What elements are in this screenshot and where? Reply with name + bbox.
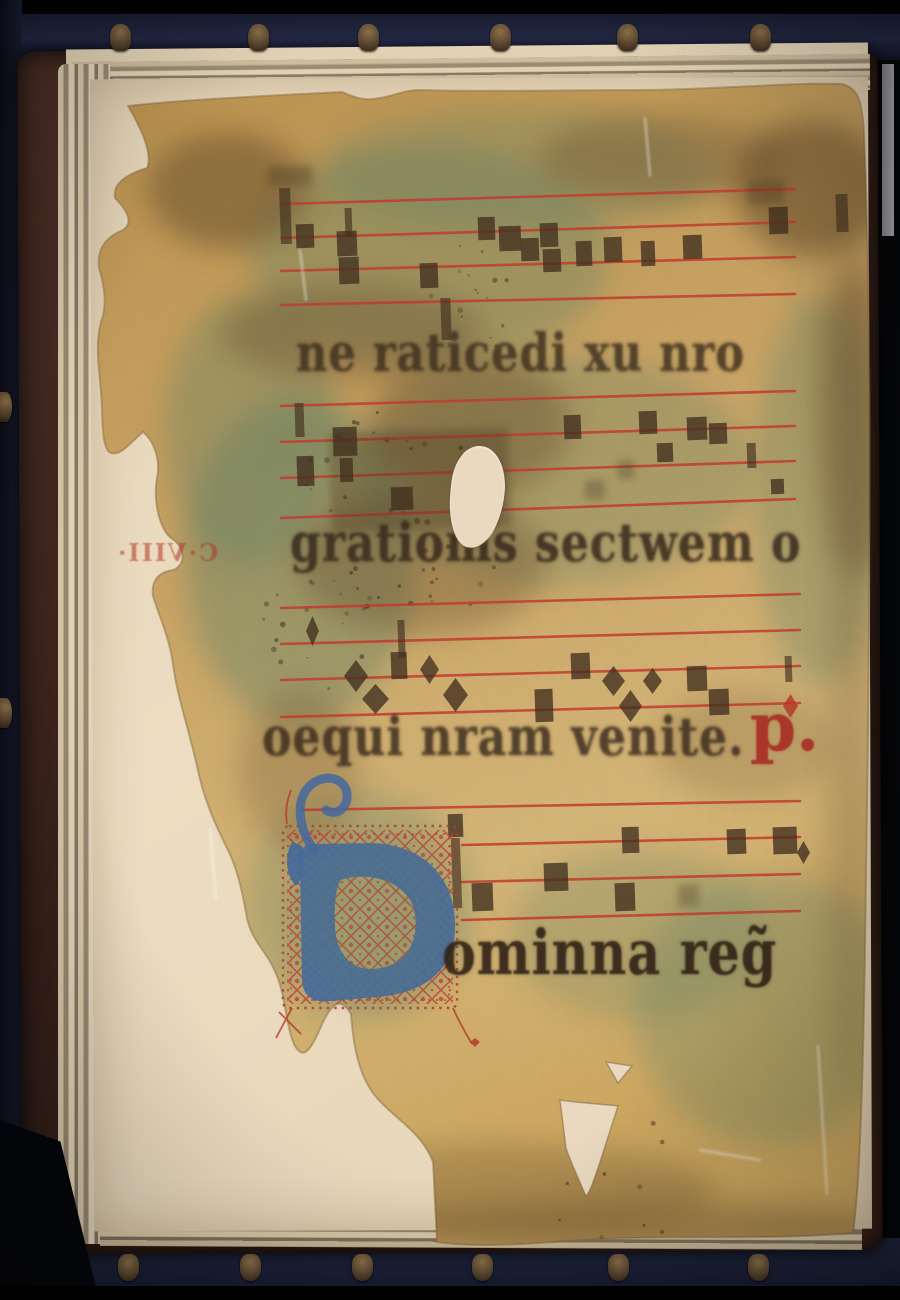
offset-folio-number: C·VIII· <box>116 538 218 567</box>
speckle <box>461 316 463 318</box>
speckle <box>264 601 269 606</box>
speckle <box>274 638 278 642</box>
speckle <box>307 657 309 659</box>
binding-stud <box>608 1254 629 1281</box>
rubric-psalm-mark: p. <box>750 688 819 766</box>
speckle <box>481 250 484 253</box>
neume-square <box>576 241 593 267</box>
neume-square <box>543 249 562 273</box>
neume-square <box>420 263 439 289</box>
speckle <box>467 274 470 277</box>
neume-square <box>521 238 540 262</box>
speckle <box>603 1172 606 1175</box>
speckle <box>356 421 360 425</box>
neume-square <box>639 411 658 435</box>
damaged-parchment-leaf <box>0 0 900 1300</box>
neume-stem <box>294 403 304 437</box>
neume-square <box>296 224 315 249</box>
neume-square <box>769 207 789 235</box>
speckle <box>280 622 286 628</box>
speckle <box>311 581 315 585</box>
speckle <box>637 1184 642 1189</box>
neume-square <box>564 415 582 440</box>
speckle <box>642 1224 645 1227</box>
neume-stem <box>345 208 353 236</box>
neume-stem <box>747 443 757 468</box>
neume-square <box>687 666 708 692</box>
speckle <box>431 600 434 603</box>
speckle <box>475 289 477 291</box>
speckle <box>345 612 349 616</box>
speckle <box>359 654 364 659</box>
speckle <box>327 687 330 690</box>
neume-smudge <box>748 179 785 204</box>
chant-text-line-4: ominna reg̃ <box>442 916 777 989</box>
chant-text-line-1: ne raticedi xu nro <box>296 322 745 384</box>
brown-stain <box>540 116 780 200</box>
binding-stud <box>472 1254 493 1281</box>
binding-stud <box>490 24 511 51</box>
speckle <box>505 278 509 282</box>
neume-square <box>615 883 636 912</box>
speckle <box>339 593 341 595</box>
speckle <box>478 581 484 587</box>
neume-square <box>571 653 591 680</box>
neume-square <box>339 257 360 285</box>
speckle <box>398 584 402 588</box>
neume-square <box>604 237 623 263</box>
speckle <box>458 308 464 314</box>
neume-square <box>391 652 408 680</box>
scratch-mark <box>210 828 216 900</box>
neume-stem <box>279 188 292 244</box>
chant-text-line-3: oequi nram venite. <box>262 706 744 769</box>
neume-square <box>773 827 798 855</box>
speckle <box>310 488 313 491</box>
binding-stud <box>240 1254 261 1281</box>
binding-stud <box>118 1254 139 1281</box>
binding-stud <box>248 24 269 51</box>
speckle <box>558 1219 561 1222</box>
manuscript-photo: ne raticedi xu nro gratioms sectwem o oe… <box>0 0 900 1300</box>
binding-stud <box>0 392 12 422</box>
speckle <box>486 297 488 299</box>
speckle <box>430 580 434 584</box>
neume-square <box>683 235 703 260</box>
speckle <box>660 1140 665 1145</box>
neume-square <box>727 829 747 855</box>
neume-smudge <box>618 460 635 480</box>
neume-square <box>657 443 674 463</box>
speckle <box>377 596 380 599</box>
speckle <box>276 593 279 596</box>
neume-smudge <box>678 884 700 908</box>
speckle <box>352 420 356 424</box>
neume-square <box>622 827 640 854</box>
speckle <box>278 660 283 665</box>
binding-stud <box>617 24 638 51</box>
speckle <box>429 294 434 299</box>
speckle <box>271 647 277 653</box>
neume-stem <box>835 194 848 232</box>
binding-stud <box>352 1254 373 1281</box>
speckle <box>492 278 497 283</box>
initial-stain-overlay <box>290 832 454 1004</box>
binding-stud <box>748 1254 769 1281</box>
speckle <box>342 622 344 624</box>
brown-stain <box>370 1202 890 1254</box>
speckle <box>459 245 461 247</box>
speckle <box>333 580 335 582</box>
speckle <box>356 587 359 590</box>
speckle <box>458 270 462 274</box>
neume-square <box>478 217 496 241</box>
neume-square <box>296 456 314 487</box>
speckle <box>376 411 379 414</box>
neume-stem <box>785 656 793 682</box>
speckle <box>324 457 330 463</box>
neume-smudge <box>268 165 313 187</box>
binding-stud <box>0 698 12 728</box>
neume-square <box>709 423 728 445</box>
speckle <box>367 596 372 601</box>
binding-stud <box>110 24 131 51</box>
neume-square <box>472 883 494 912</box>
brown-stain <box>828 230 868 1090</box>
photo-black-border-bottom <box>0 1286 900 1300</box>
binding-stud <box>750 24 771 51</box>
binding-stud <box>358 24 379 51</box>
speckle <box>651 1121 656 1126</box>
neume-square <box>499 226 522 252</box>
neume-smudge <box>585 480 606 501</box>
neume-square <box>771 479 785 494</box>
speckle <box>628 1244 631 1247</box>
speckle <box>566 1182 569 1185</box>
neume-square <box>641 241 656 266</box>
neume-square <box>687 417 708 441</box>
speckle <box>621 1244 625 1248</box>
speckle <box>428 594 432 598</box>
speckle <box>660 1230 664 1234</box>
speckle <box>262 618 265 621</box>
speckle <box>477 292 479 294</box>
neume-square <box>540 223 559 248</box>
neume-square <box>544 863 569 892</box>
speckle <box>436 577 439 580</box>
chant-text-line-2: gratioms sectwem o <box>290 512 801 575</box>
